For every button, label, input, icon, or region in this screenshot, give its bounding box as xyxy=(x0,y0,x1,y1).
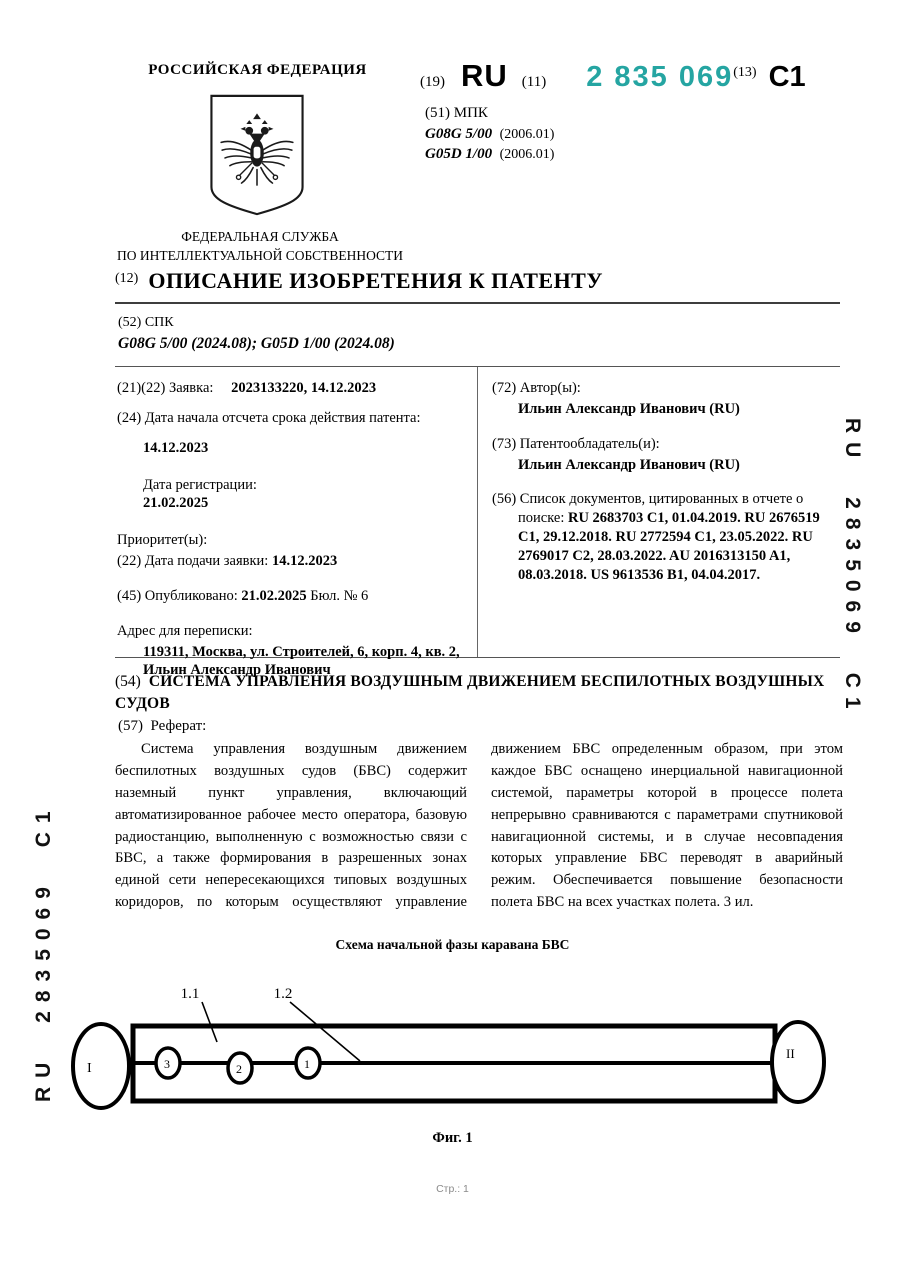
kind-code: C1 xyxy=(769,61,806,94)
drone-number: 2 xyxy=(236,1062,242,1076)
holders-label: (73) Патентообладатель(и): xyxy=(492,435,838,454)
published-row: (45) Опубликовано: 21.02.2025 Бюл. № 6 xyxy=(117,587,463,606)
coat-of-arms-drawing xyxy=(203,92,311,218)
holders-value: Ильин Александр Иванович (RU) xyxy=(518,456,838,475)
invention-title: (54)СИСТЕМА УПРАВЛЕНИЯ ВОЗДУШНЫМ ДВИЖЕНИ… xyxy=(115,671,843,716)
callout-1-2-label: 1.2 xyxy=(274,986,293,1002)
divider xyxy=(115,302,840,304)
inid-13: (13) xyxy=(733,65,756,81)
agency-name: ФЕДЕРАЛЬНАЯ СЛУЖБА ПО ИНТЕЛЛЕКТУАЛЬНОЙ С… xyxy=(95,228,425,266)
priority-row: Приоритет(ы): xyxy=(117,531,463,550)
biblio-left-column: (21)(22) Заявка: 2023133220, 14.12.2023 … xyxy=(115,367,477,657)
page-number: Стр.: 1 xyxy=(0,1183,905,1195)
document-kind-heading: (12) ОПИСАНИЕ ИЗОБРЕТЕНИЯ К ПАТЕНТУ xyxy=(115,268,603,294)
start-date-value: 14.12.2023 xyxy=(143,439,463,458)
callout-1-1-label: 1.1 xyxy=(181,986,200,1002)
bibliographic-table: (21)(22) Заявка: 2023133220, 14.12.2023 … xyxy=(115,366,840,658)
cpc-block: (52) СПК G08G 5/00 (2024.08); G05D 1/00 … xyxy=(118,313,395,356)
ipc-code-row: G08G 5/00 (2006.01) xyxy=(425,124,554,145)
cpc-label: (52) СПК xyxy=(118,313,395,333)
patent-page: RU 2835069 C1 RU 2835069 C1 РОССИЙСКАЯ Ф… xyxy=(0,0,905,1280)
country-name: РОССИЙСКАЯ ФЕДЕРАЦИЯ xyxy=(120,62,395,79)
filing-date-row: (22) Дата подачи заявки: 14.12.2023 xyxy=(117,552,463,571)
inid-19: (19) xyxy=(420,74,445,91)
address-label: Адрес для переписки: xyxy=(117,622,463,641)
drone-number: 1 xyxy=(304,1057,310,1071)
cpc-codes: G08G 5/00 (2024.08); G05D 1/00 (2024.08) xyxy=(118,333,395,355)
zone-start-ellipse xyxy=(73,1024,129,1108)
ipc-code-row: G05D 1/00 (2006.01) xyxy=(425,144,554,165)
zone-end-ellipse xyxy=(772,1022,824,1102)
start-date-row: (24) Дата начала отсчета срока действия … xyxy=(117,409,463,428)
ipc-block: (51) МПК G08G 5/00 (2006.01) G05D 1/00 (… xyxy=(425,103,554,165)
authors-value: Ильин Александр Иванович (RU) xyxy=(518,400,838,419)
registration-date-row: Дата регистрации: 21.02.2025 xyxy=(143,476,463,514)
zone-start-label: I xyxy=(87,1061,92,1076)
coat-of-arms xyxy=(203,92,311,218)
drone-number: 3 xyxy=(164,1057,170,1071)
page-title: ОПИСАНИЕ ИЗОБРЕТЕНИЯ К ПАТЕНТУ xyxy=(148,268,603,294)
inid-11: (11) xyxy=(522,74,546,91)
biblio-right-column: (72) Автор(ы): Ильин Александр Иванович … xyxy=(477,367,840,657)
publication-line: (19) RU (11) 2 835 069 (13) C1 xyxy=(420,58,806,94)
side-label-right: RU 2835069 C1 xyxy=(840,418,864,828)
country-code: RU xyxy=(461,58,508,94)
figure-number: Фиг. 1 xyxy=(0,1130,905,1147)
citations-row: (56) Список документов, цитированных в о… xyxy=(492,490,838,584)
application-row: (21)(22) Заявка: 2023133220, 14.12.2023 xyxy=(117,379,463,398)
zone-end-label: II xyxy=(786,1046,795,1061)
abstract-label: (57) Реферат: xyxy=(118,718,206,735)
abstract-text: Система управления воздушным движением б… xyxy=(115,739,843,943)
figure-caption: Схема начальной фазы каравана БВС xyxy=(0,937,905,953)
figure-drawing: I II 3 2 1 1.1 1.2 xyxy=(0,958,905,1128)
publication-number: 2 835 069 xyxy=(586,61,733,94)
ipc-label: (51) МПК xyxy=(425,103,554,124)
authors-label: (72) Автор(ы): xyxy=(492,379,838,398)
